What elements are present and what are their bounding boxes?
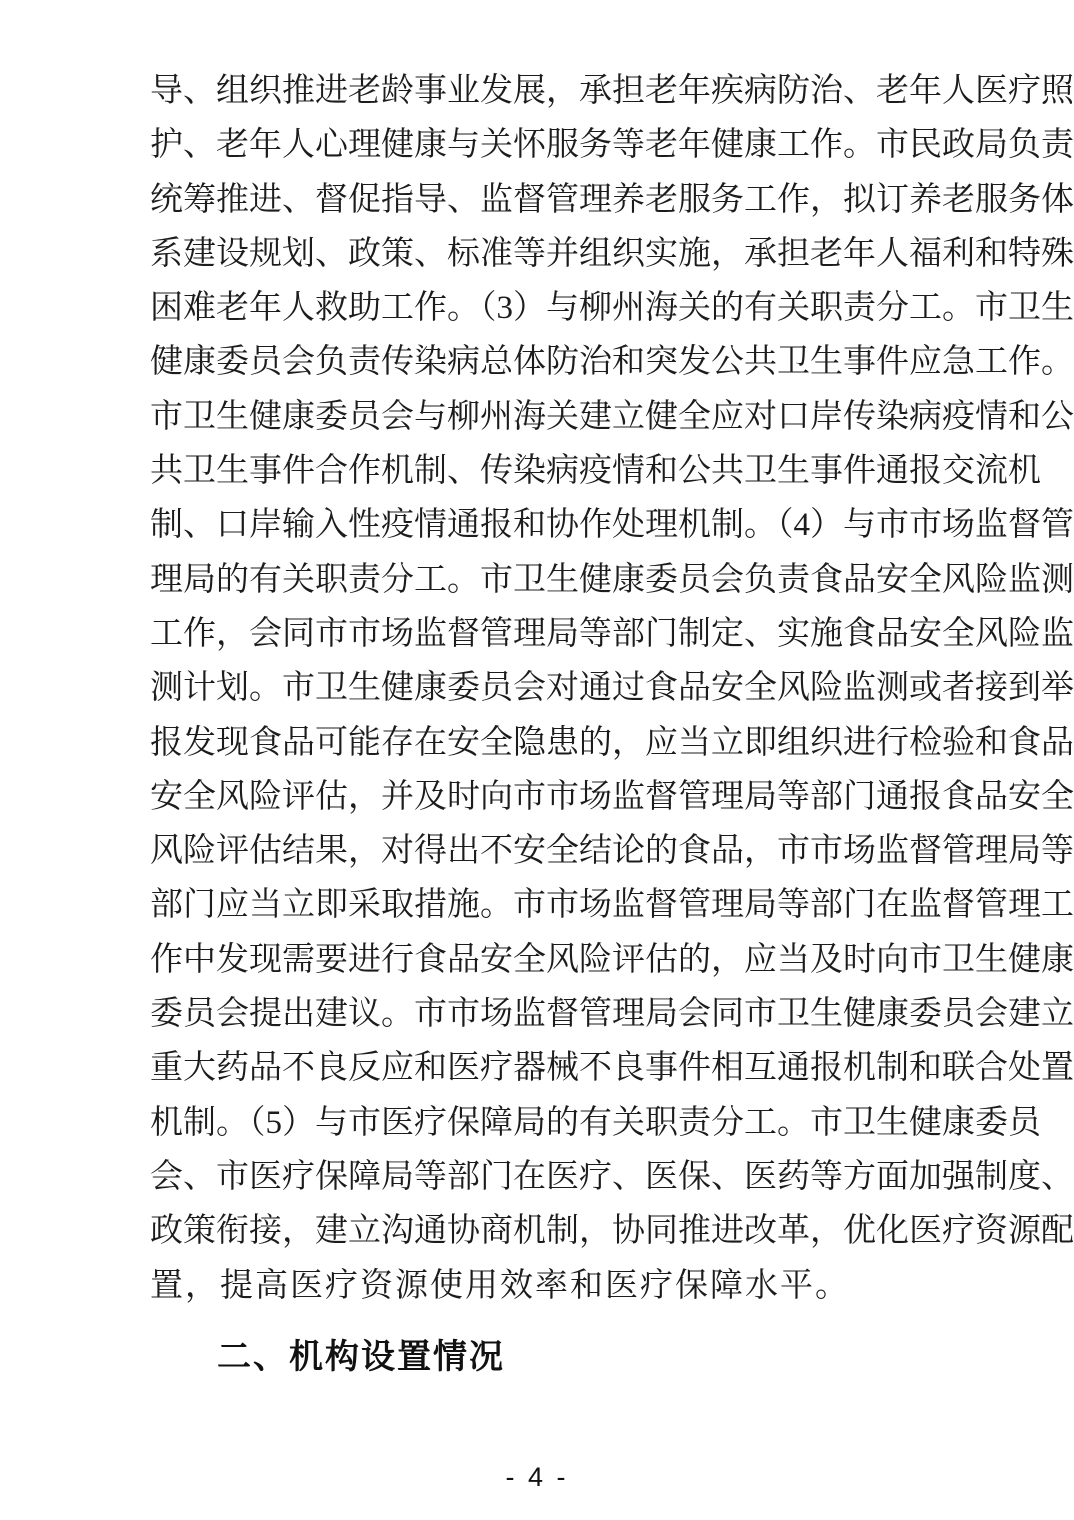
body-text-line: 置，提高医疗资源使用效率和医疗保障水平。 [150, 1259, 930, 1313]
body-text-line: 部门应当立即采取措施。市市场监督管理局等部门在监督管理工 [150, 878, 930, 932]
body-text-line: 作中发现需要进行食品安全风险评估的，应当及时向市卫生健康 [150, 933, 930, 987]
body-text-line: 困难老年人救助工作。（3）与柳州海关的有关职责分工。市卫生 [150, 281, 930, 335]
body-text-line: 理局的有关职责分工。市卫生健康委员会负责食品安全风险监测 [150, 553, 930, 607]
body-text-line: 护、老年人心理健康与关怀服务等老年健康工作。市民政局负责 [150, 118, 930, 172]
body-text-line: 工作，会同市市场监督管理局等部门制定、实施食品安全风险监 [150, 607, 930, 661]
body-paragraph: 导、组织推进老龄事业发展，承担老年疾病防治、老年人医疗照护、老年人心理健康与关怀… [150, 64, 930, 1313]
body-text-line: 机制。（5）与市医疗保障局的有关职责分工。市卫生健康委员 [150, 1096, 930, 1150]
body-text-line: 报发现食品可能存在安全隐患的，应当立即组织进行检验和食品 [150, 716, 930, 770]
body-text-line: 系建设规划、政策、标准等并组织实施，承担老年人福利和特殊 [150, 227, 930, 281]
body-text-line: 导、组织推进老龄事业发展，承担老年疾病防治、老年人医疗照 [150, 64, 930, 118]
body-text-line: 会、市医疗保障局等部门在医疗、医保、医药等方面加强制度、 [150, 1150, 930, 1204]
body-text-line: 制、口岸输入性疫情通报和协作处理机制。（4）与市市场监督管 [150, 498, 930, 552]
section-heading: 二、机构设置情况 [217, 1332, 505, 1382]
body-text-line: 健康委员会负责传染病总体防治和突发公共卫生事件应急工作。 [150, 335, 930, 389]
body-text-line: 政策衔接，建立沟通协商机制，协同推进改革，优化医疗资源配 [150, 1204, 930, 1258]
body-text-line: 重大药品不良反应和医疗器械不良事件相互通报机制和联合处置 [150, 1041, 930, 1095]
body-text-line: 共卫生事件合作机制、传染病疫情和公共卫生事件通报交流机 [150, 444, 930, 498]
body-text-line: 测计划。市卫生健康委员会对通过食品安全风险监测或者接到举 [150, 661, 930, 715]
body-text-line: 统筹推进、督促指导、监督管理养老服务工作，拟订养老服务体 [150, 173, 930, 227]
body-text-line: 风险评估结果，对得出不安全结论的食品，市市场监督管理局等 [150, 824, 930, 878]
body-text-line: 安全风险评估，并及时向市市场监督管理局等部门通报食品安全 [150, 770, 930, 824]
body-text-line: 市卫生健康委员会与柳州海关建立健全应对口岸传染病疫情和公 [150, 390, 930, 444]
body-text-line: 委员会提出建议。市市场监督管理局会同市卫生健康委员会建立 [150, 987, 930, 1041]
document-page: 导、组织推进老龄事业发展，承担老年疾病防治、老年人医疗照护、老年人心理健康与关怀… [0, 0, 1074, 1520]
page-number: - 4 - [0, 1462, 1074, 1493]
